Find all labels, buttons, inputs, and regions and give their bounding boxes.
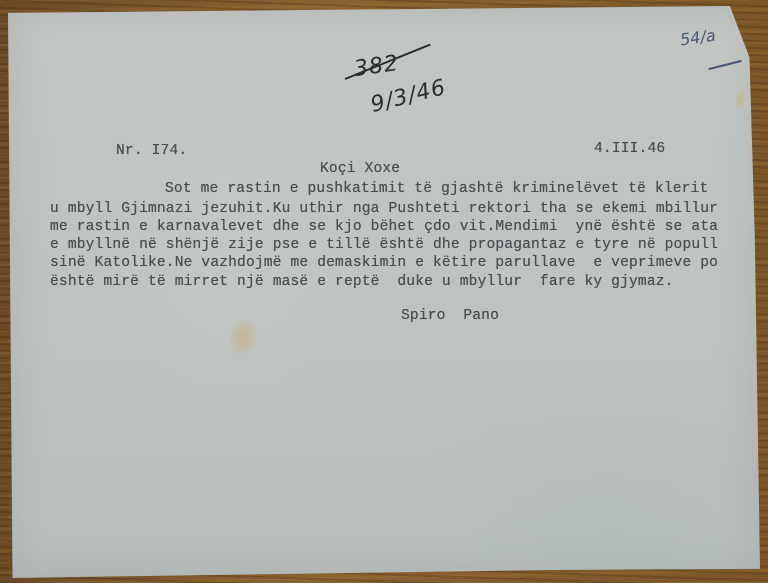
body-line: është mirë të mirret një masë e reptë du…	[50, 274, 674, 290]
document-date: 4.III.46	[594, 141, 665, 157]
body-line: u mbyll Gjimnazi jezuhit.Ku uthir nga Pu…	[50, 201, 718, 217]
typewritten-letter: 382 9/3/46 54/a Nr. I74. 4.III.46 Koçi X…	[8, 6, 760, 578]
body-line: me rastin e karnavalevet dhe se kjo bëhe…	[50, 219, 718, 235]
handwritten-registry-date: 9/3/46	[368, 75, 449, 118]
document-number: Nr. I74.	[116, 143, 187, 159]
body-line: sinë Katolike.Ne vazhdojmë me demaskimin…	[50, 255, 718, 271]
paper-stain	[733, 89, 748, 111]
body-line: e mbyllnë në shënjë zije pse e tillë ësh…	[50, 237, 718, 253]
handwritten-underline	[708, 60, 741, 70]
handwritten-corner-note: 54/a	[679, 26, 717, 50]
paper-stain	[225, 316, 262, 359]
addressee: Koçi Xoxe	[320, 161, 400, 177]
signature: Spiro Pano	[401, 308, 499, 324]
body-line: Sot me rastin e pushkatimit të gjashtë k…	[165, 181, 708, 197]
